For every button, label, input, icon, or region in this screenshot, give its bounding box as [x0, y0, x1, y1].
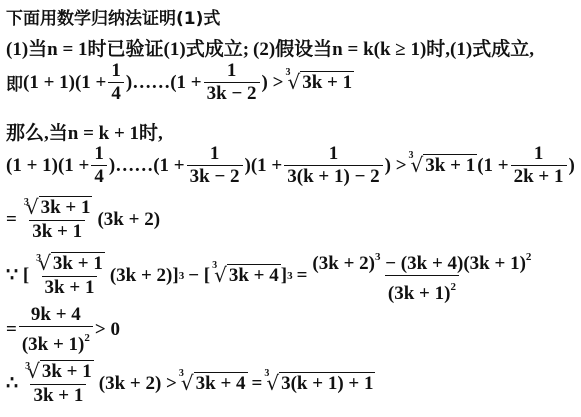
denominator: (3k + 1)2 — [19, 326, 93, 356]
expr-part: (3k + 2) — [312, 253, 375, 274]
root-index: 3 — [212, 260, 217, 271]
denominator: 3(k + 1) − 2 — [284, 165, 382, 188]
expr-part: (1 + 1)(1 + — [6, 155, 89, 177]
fraction: (3k + 2)3 − (3k + 4)(3k + 1)2 (3k + 1)2 — [309, 246, 534, 305]
result-line: = 9k + 4 (3k + 1)2 > 0 — [6, 304, 120, 356]
fraction: 9k + 4 (3k + 1)2 — [19, 304, 93, 356]
numerator: 1 — [531, 143, 547, 165]
exponent: 2 — [84, 332, 90, 344]
numerator: 1 — [326, 143, 342, 165]
radicand: 3k + 1 — [423, 154, 477, 177]
hypothesis-text: (2)假设当n = k(k ≥ 1)时,(1)式成立, — [253, 34, 534, 61]
radicand: 3k + 1 — [39, 196, 93, 219]
base-case-text: (1)当n = 1时已验证(1)式成立; — [6, 34, 249, 61]
cube-root: 3√3k + 1 — [287, 71, 354, 94]
base-case-line: (1)当n = 1时已验证(1)式成立; (2)假设当n = k(k ≥ 1)时… — [6, 34, 534, 61]
radicand: 3k + 4 — [227, 264, 281, 287]
exponent: 3 — [375, 251, 381, 263]
expr-part: )……(1 + — [109, 155, 185, 177]
cube-root: 3√3k + 4 — [181, 372, 248, 395]
cube-root: 3√3k + 4 — [214, 264, 281, 287]
expr-part: (1 + 1)(1 + — [23, 72, 106, 94]
expr-part: )(1 + — [245, 155, 283, 177]
expr-part: − [ — [188, 265, 210, 287]
numerator: 9k + 4 — [28, 304, 84, 326]
denominator: 3k + 1 — [30, 384, 86, 407]
expr-part: (3k + 2) — [97, 209, 160, 231]
cube-root: 3√3k + 1 — [27, 360, 94, 383]
title-text: 下面用数学归纳法证明(1)式 — [6, 4, 220, 29]
radicand: 3(k + 1) + 1 — [279, 372, 375, 395]
denominator: 3k − 2 — [187, 165, 243, 188]
numerator: 1 — [91, 143, 107, 165]
denominator: 3k − 2 — [204, 82, 260, 105]
cube-root: 3√3k + 1 — [26, 196, 93, 219]
equals-sign: = — [6, 209, 17, 231]
equals-sign: = — [297, 265, 308, 287]
root-index: 3 — [409, 150, 414, 161]
fraction: 14 — [108, 60, 124, 105]
exponent: 3 — [179, 270, 185, 282]
expr-part: )……(1 + — [126, 72, 202, 94]
denominator: 4 — [91, 165, 107, 188]
conclusion-line: ∴ 3√3k + 1 3k + 1 (3k + 2) > 3√3k + 4 = … — [6, 360, 375, 407]
fraction: 14 — [91, 143, 107, 188]
equals-sign: = — [6, 319, 17, 341]
numerator: 1 — [207, 143, 223, 165]
exponent: 2 — [526, 251, 532, 263]
therefore-symbol: ∴ — [6, 372, 18, 395]
root-index: 3 — [36, 248, 41, 270]
root-index: 3 — [264, 368, 269, 379]
fraction: 3√3k + 1 3k + 1 — [19, 196, 96, 243]
cube-root: 3√3(k + 1) + 1 — [266, 372, 375, 395]
numerator: (3k + 2)3 − (3k + 4)(3k + 1)2 — [309, 246, 534, 275]
root-index: 3 — [285, 67, 290, 78]
expr-part: (3k + 2) > — [99, 373, 177, 395]
denominator: (3k + 1)2 — [385, 275, 459, 305]
numerator: 3√3k + 1 — [20, 360, 97, 384]
inductive-step-line: 那么,当n = k + 1时, — [6, 118, 163, 145]
fraction: 3√3k + 1 3k + 1 — [31, 252, 108, 299]
expr-part: ) > — [262, 72, 284, 94]
expr-part: ) > — [385, 155, 407, 177]
root-index: 3 — [24, 192, 29, 214]
denominator: 3k + 1 — [29, 220, 85, 243]
expr-part: − (3k + 4)(3k + 1) — [385, 253, 526, 274]
because-symbol: ∵ [ — [6, 264, 29, 287]
denominator: 2k + 1 — [511, 165, 567, 188]
expr-part: (1 + — [477, 155, 508, 177]
fraction: 12k + 1 — [511, 143, 567, 188]
denominator: 4 — [108, 82, 124, 105]
hypothesis-formula-line: 即 (1 + 1)(1 + 14 )……(1 + 13k − 2 ) > 3√3… — [6, 60, 354, 105]
radicand: 3k + 4 — [194, 372, 248, 395]
inductive-step-text: 那么,当n = k + 1时, — [6, 118, 163, 145]
radicand: 3k + 1 — [40, 360, 94, 383]
denominator: 3k + 1 — [42, 276, 98, 299]
expr-part: > 0 — [95, 319, 120, 341]
fraction: 3√3k + 1 3k + 1 — [20, 360, 97, 407]
numerator: 3√3k + 1 — [31, 252, 108, 276]
prefix-text: 即 — [6, 70, 23, 95]
exponent: 2 — [450, 281, 456, 293]
expanded-product-line: (1 + 1)(1 + 14 )……(1 + 13k − 2 )(1 + 13(… — [6, 143, 575, 188]
exponent: 3 — [287, 270, 293, 282]
numerator: 3√3k + 1 — [19, 196, 96, 220]
root-index: 3 — [25, 356, 30, 378]
numerator: 1 — [224, 60, 240, 82]
root-index: 3 — [179, 368, 184, 379]
expr-part: (3k + 1) — [388, 283, 451, 304]
difference-line: ∵ [ 3√3k + 1 3k + 1 (3k + 2)]3 − [ 3√3k … — [6, 246, 536, 305]
expr-part: (3k + 1) — [22, 334, 85, 355]
cube-root: 3√3k + 1 — [38, 252, 105, 275]
expr-part: (3k + 2)] — [110, 265, 179, 287]
title-line: 下面用数学归纳法证明(1)式 — [6, 4, 220, 29]
fraction: 13(k + 1) − 2 — [284, 143, 382, 188]
cube-root: 3√3k + 1 — [411, 154, 478, 177]
equals-sign: = — [252, 373, 263, 395]
radicand: 3k + 1 — [300, 71, 354, 94]
radicand: 3k + 1 — [51, 252, 105, 275]
numerator: 1 — [108, 60, 124, 82]
expr-part: ) — [569, 155, 575, 177]
fraction: 13k − 2 — [204, 60, 260, 105]
simplified-line: = 3√3k + 1 3k + 1 (3k + 2) — [6, 196, 160, 243]
fraction: 13k − 2 — [187, 143, 243, 188]
